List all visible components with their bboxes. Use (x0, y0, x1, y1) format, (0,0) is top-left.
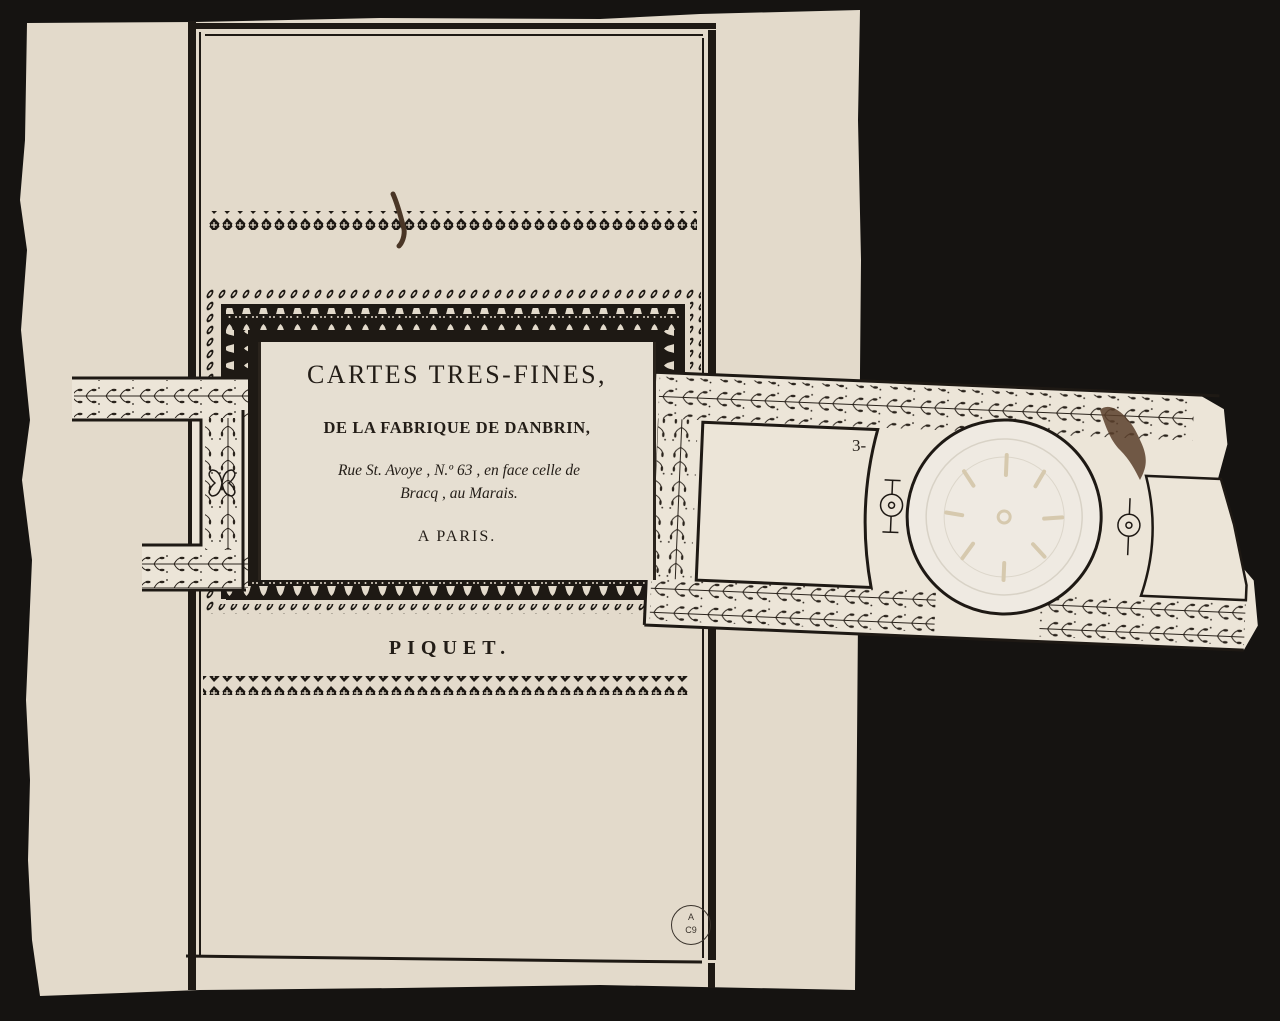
label-address-line1: Rue St. Avoye , N.º 63 , en face celle d… (267, 459, 651, 482)
label-address: Rue St. Avoye , N.º 63 , en face celle d… (267, 459, 651, 505)
manufacturer-label: CARTES TRES-FINES, DE LA FABRIQUE DE DAN… (258, 342, 656, 580)
tax-strip-number: 3- (852, 436, 866, 456)
label-address-line2: Bracq , au Marais. (267, 482, 651, 505)
label-city: A PARIS. (261, 528, 653, 546)
game-name: PIQUET. (300, 637, 600, 660)
archive-stamp: A C9 (671, 905, 711, 945)
archive-stamp-line1: A (672, 911, 710, 924)
archive-stamp-line2: C9 (672, 924, 710, 937)
label-manufacturer: DE LA FABRIQUE DE DANBRIN, (261, 418, 653, 438)
label-title: CARTES TRES-FINES, (261, 360, 653, 390)
